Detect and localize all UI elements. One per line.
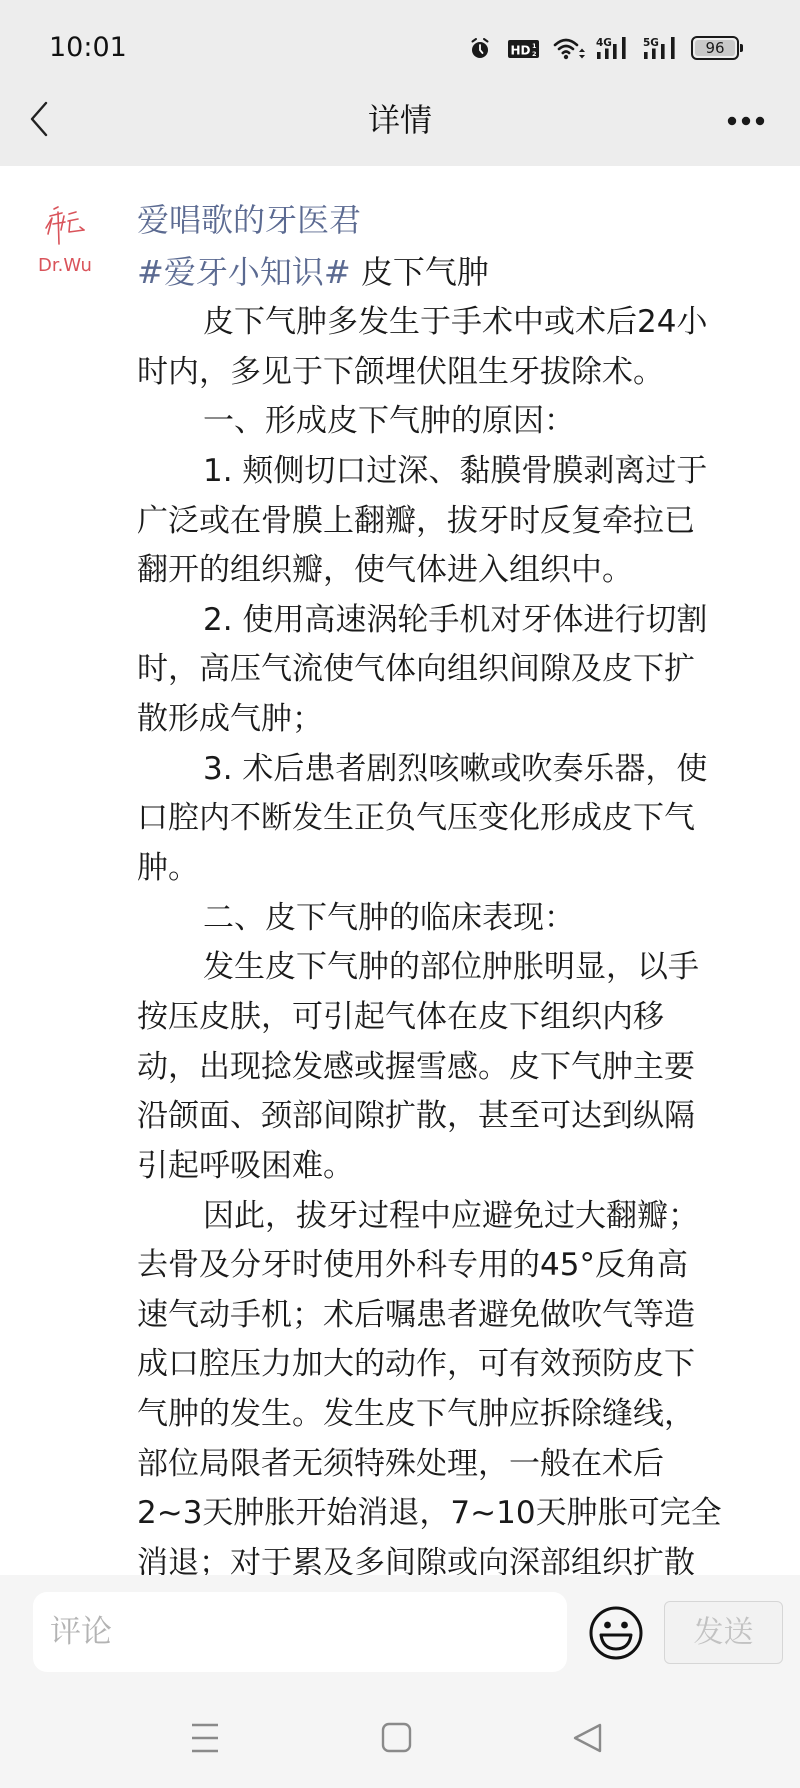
menu-icon[interactable] bbox=[190, 1722, 220, 1754]
smiley-face-icon bbox=[588, 1605, 644, 1661]
post-title: #爱牙小知识# 皮下气肿 bbox=[137, 251, 489, 293]
body-line: 时内，多见于下颌埋伏阻生牙拔除术。 bbox=[137, 348, 767, 398]
body-line: 按压皮肤，可引起气体在皮下组织内移 bbox=[137, 993, 767, 1043]
body-line: 部位局限者无须特殊处理，一般在术后 bbox=[137, 1440, 767, 1490]
home-icon[interactable] bbox=[381, 1722, 413, 1754]
body-line: 沿颌面、颈部间隙扩散，甚至可达到纵隔 bbox=[137, 1092, 767, 1142]
wifi-icon bbox=[553, 34, 585, 62]
body-line: 2. 使用高速涡轮手机对牙体进行切割 bbox=[137, 596, 767, 646]
body-line: 肿。 bbox=[137, 844, 767, 894]
emoji-button[interactable] bbox=[588, 1605, 644, 1661]
more-horizontal-icon bbox=[716, 102, 772, 138]
body-line: 3. 术后患者剧烈咳嗽或吹奏乐器，使 bbox=[137, 745, 767, 795]
body-line: 引起呼吸困难。 bbox=[137, 1142, 767, 1192]
battery-icon: 96 bbox=[691, 36, 743, 60]
body-line: 二、皮下气肿的临床表现： bbox=[137, 894, 767, 944]
status-time: 10:01 bbox=[49, 31, 127, 65]
comment-bar: 发送 bbox=[0, 1575, 800, 1788]
svg-text:4G: 4G bbox=[596, 37, 612, 49]
page-title: 详情 bbox=[0, 100, 800, 140]
body-line: 速气动手机；术后嘱患者避免做吹气等造 bbox=[137, 1291, 767, 1341]
post-content[interactable]: Dr.Wu 爱唱歌的牙医君 #爱牙小知识# 皮下气肿 皮下气肿多发生于手术中或术… bbox=[0, 166, 800, 1575]
status-bar: 10:01 HD 1 2 4G 5G bbox=[0, 0, 800, 80]
post-body: 皮下气肿多发生于手术中或术后24小时内，多见于下颌埋伏阻生牙拔除术。一、形成皮下… bbox=[137, 298, 767, 1575]
body-line: 去骨及分牙时使用外科专用的45°反角高 bbox=[137, 1241, 767, 1291]
body-line: 因此，拔牙过程中应避免过大翻瓣； bbox=[137, 1192, 767, 1242]
body-line: 一、形成皮下气肿的原因： bbox=[137, 397, 767, 447]
body-line: 1. 颊侧切口过深、黏膜骨膜剥离过于 bbox=[137, 447, 767, 497]
body-line: 皮下气肿多发生于手术中或术后24小 bbox=[137, 298, 767, 348]
svg-text:5G: 5G bbox=[643, 37, 659, 49]
signal-5g-icon: 5G bbox=[643, 34, 681, 62]
body-line: 时，高压气流使气体向组织间隙及皮下扩 bbox=[137, 645, 767, 695]
more-options-button[interactable] bbox=[716, 102, 772, 138]
body-line: 消退；对于累及多间隙或向深部组织扩散 bbox=[137, 1539, 767, 1575]
avatar-text: Dr.Wu bbox=[38, 255, 92, 276]
body-line: 2~3天肿胀开始消退，7~10天肿胀可完全 bbox=[137, 1489, 767, 1539]
hd-voice-icon: HD 1 2 bbox=[508, 34, 539, 62]
body-line: 气肿的发生。发生皮下气肿应拆除缝线， bbox=[137, 1390, 767, 1440]
body-line: 动，出现捻发感或握雪感。皮下气肿主要 bbox=[137, 1043, 767, 1093]
battery-level: 96 bbox=[695, 39, 735, 57]
hashtag-link[interactable]: #爱牙小知识# bbox=[137, 253, 351, 291]
body-line: 广泛或在骨膜上翻瓣，拔牙时反复牵拉已 bbox=[137, 497, 767, 547]
signature-avatar-icon: Dr.Wu bbox=[36, 200, 116, 280]
body-line: 发生皮下气肿的部位肿胀明显，以手 bbox=[137, 943, 767, 993]
author-name[interactable]: 爱唱歌的牙医君 bbox=[137, 199, 361, 241]
comment-input[interactable] bbox=[33, 1592, 567, 1672]
body-line: 成口腔压力加大的动作，可有效预防皮下 bbox=[137, 1340, 767, 1390]
post-title-text: 皮下气肿 bbox=[351, 253, 489, 291]
alarm-icon bbox=[470, 34, 490, 62]
body-line: 翻开的组织瓣，使气体进入组织中。 bbox=[137, 546, 767, 596]
nav-header: 详情 bbox=[0, 80, 800, 166]
signal-4g-icon: 4G bbox=[596, 34, 632, 62]
body-line: 口腔内不断发生正负气压变化形成皮下气 bbox=[137, 794, 767, 844]
svg-text:1: 1 bbox=[532, 42, 537, 50]
send-button[interactable]: 发送 bbox=[664, 1601, 783, 1664]
body-line: 散形成气肿； bbox=[137, 695, 767, 745]
author-avatar[interactable]: Dr.Wu bbox=[36, 200, 116, 280]
back-triangle-icon[interactable] bbox=[572, 1722, 604, 1754]
svg-text:2: 2 bbox=[532, 50, 537, 58]
svg-text:HD: HD bbox=[511, 44, 531, 58]
